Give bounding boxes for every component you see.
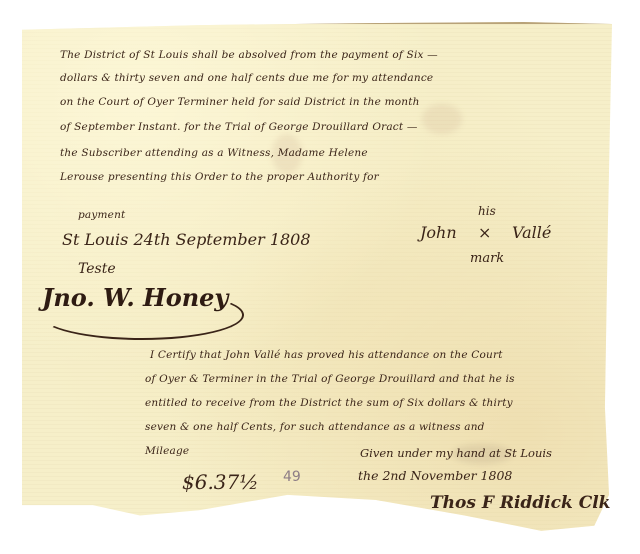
mark-label: mark <box>470 252 504 265</box>
clerk-signature: Thos F Riddick Clk <box>430 495 610 512</box>
certificate-line: seven & one half Cents, for such attenda… <box>145 422 485 433</box>
mark-x: × <box>478 225 491 241</box>
mark-his: his <box>478 205 496 217</box>
place-date: St Louis 24th September 1808 <box>62 232 311 248</box>
order-line: The District of St Louis shall be absolv… <box>60 50 438 61</box>
certificate-line: I Certify that John Vallé has proved his… <box>150 350 503 361</box>
order-line: payment <box>78 210 125 221</box>
order-line: the Subscriber attending as a Witness, M… <box>60 148 368 159</box>
order-line: on the Court of Oyer Terminer held for s… <box>60 97 420 108</box>
certificate-line: Mileage <box>145 446 189 457</box>
order-line: of September Instant. for the Trial of G… <box>60 122 418 133</box>
amount: $6.37½ <box>182 472 259 492</box>
stain <box>422 104 462 134</box>
order-line: Lerouse presenting this Order to the pro… <box>60 172 379 183</box>
certificate-line: entitled to receive from the District th… <box>145 398 513 409</box>
certificate-line: of Oyer & Terminer in the Trial of Georg… <box>145 374 515 385</box>
signer-first-name: John <box>420 225 457 241</box>
witness-label: Teste <box>78 262 116 276</box>
signature-flourish <box>40 290 244 340</box>
order-line: dollars & thirty seven and one half cent… <box>60 73 433 84</box>
given-line: Given under my hand at St Louis <box>360 448 552 460</box>
certificate-date: the 2nd November 1808 <box>358 470 512 483</box>
signer-last-name: Vallé <box>512 225 551 241</box>
catalog-number: 49 <box>283 470 301 484</box>
